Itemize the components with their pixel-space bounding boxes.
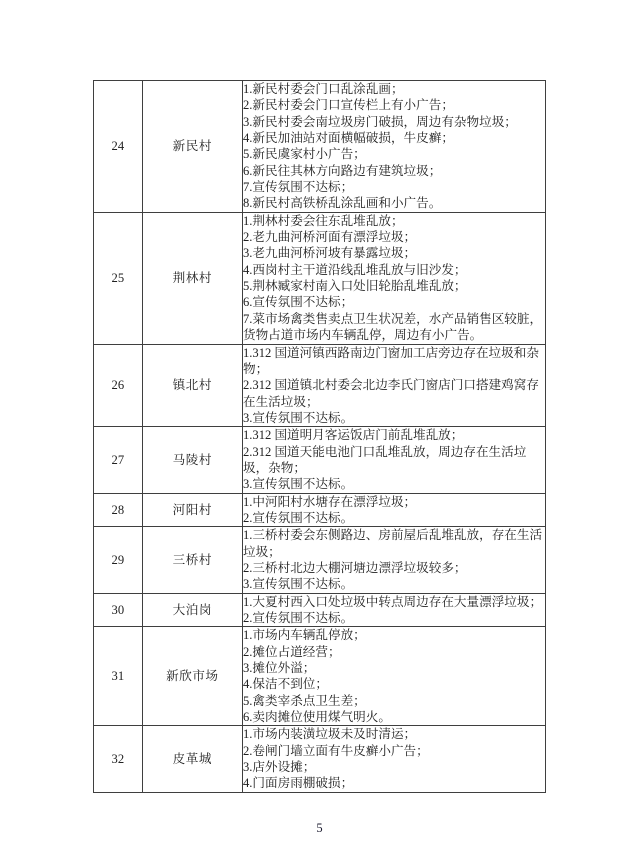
issues-cell: 1.中河阳村水塘存在漂浮垃圾；2.宣传氛围不达标。 [242,493,545,527]
location-name-cell: 大泊岗 [142,593,242,627]
issue-item: 2.三桥村北边大棚河塘边漂浮垃圾较多； [243,560,545,576]
issue-item: 1.大夏村西入口处垃圾中转点周边存在大量漂浮垃圾； [243,594,545,610]
issues-cell: 1.三桥村委会东侧路边、房前屋后乱堆乱放，存在生活垃圾；2.三桥村北边大棚河塘边… [242,527,545,593]
issue-item: 7.宣传氛围不达标； [243,179,545,195]
location-name-cell: 皮革城 [142,726,242,792]
location-name-cell: 三桥村 [142,527,242,593]
table-row: 29三桥村1.三桥村委会东侧路边、房前屋后乱堆乱放，存在生活垃圾；2.三桥村北边… [94,527,546,593]
issue-item: 1.新民村委会门口乱涂乱画； [243,81,545,97]
issue-item: 8.新民村高铁桥乱涂乱画和小广告。 [243,195,545,211]
issue-item: 2.312 国道天能电池门口乱堆乱放，周边存在生活垃圾，杂物； [243,444,545,477]
table-row: 28河阳村1.中河阳村水塘存在漂浮垃圾；2.宣传氛围不达标。 [94,493,546,527]
issue-item: 7.菜市场禽类售卖点卫生状况差，水产品销售区较脏，货物占道市场内车辆乱停，周边有… [243,311,545,344]
issue-item: 6.新民往其林方向路边有建筑垃圾； [243,163,545,179]
issues-cell: 1.市场内车辆乱停放；2.摊位占道经营；3.摊位外溢；4.保洁不到位；5.禽类宰… [242,627,545,726]
row-number-cell: 24 [94,81,143,213]
table-row: 26镇北村1.312 国道河镇西路南边门窗加工店旁边存在垃圾和杂物；2.312 … [94,344,546,427]
row-number-cell: 28 [94,493,143,527]
violation-table-body: 24新民村1.新民村委会门口乱涂乱画；2.新民村委会门口宣传栏上有小广告；3.新… [94,81,546,793]
issue-item: 1.市场内车辆乱停放； [243,627,545,643]
issue-item: 3.宣传氛围不达标。 [243,476,545,492]
issue-item: 2.摊位占道经营； [243,644,545,660]
issue-item: 5.禽类宰杀点卫生差； [243,693,545,709]
issues-cell: 1.312 国道河镇西路南边门窗加工店旁边存在垃圾和杂物；2.312 国道镇北村… [242,344,545,427]
issue-item: 2.312 国道镇北村委会北边李氏门窗店门口搭建鸡窝存在生活垃圾； [243,377,545,410]
issue-item: 2.宣传氛围不达标。 [243,610,545,626]
issue-item: 4.新民加油站对面横幅破损，牛皮癣； [243,130,545,146]
issue-item: 2.卷闸门墙立面有牛皮癣小广告； [243,743,545,759]
issue-item: 3.老九曲河桥河坡有暴露垃圾； [243,245,545,261]
issues-cell: 1.市场内装潢垃圾未及时清运；2.卷闸门墙立面有牛皮癣小广告；3.店外设摊；4.… [242,726,545,792]
violation-table: 24新民村1.新民村委会门口乱涂乱画；2.新民村委会门口宣传栏上有小广告；3.新… [93,80,546,793]
row-number-cell: 31 [94,627,143,726]
document-page: 24新民村1.新民村委会门口乱涂乱画；2.新民村委会门口宣传栏上有小广告；3.新… [0,0,627,867]
location-name-cell: 荆林村 [142,212,242,344]
location-name-cell: 马陵村 [142,427,242,493]
issue-item: 5.新民虞家村小广告； [243,146,545,162]
location-name-cell: 新民村 [142,81,242,213]
table-row: 30大泊岗1.大夏村西入口处垃圾中转点周边存在大量漂浮垃圾；2.宣传氛围不达标。 [94,593,546,627]
page-number: 5 [93,820,546,836]
row-number-cell: 25 [94,212,143,344]
table-row: 24新民村1.新民村委会门口乱涂乱画；2.新民村委会门口宣传栏上有小广告；3.新… [94,81,546,213]
location-name-cell: 河阳村 [142,493,242,527]
location-name-cell: 新欣市场 [142,627,242,726]
issue-item: 1.市场内装潢垃圾未及时清运； [243,726,545,742]
table-row: 32皮革城1.市场内装潢垃圾未及时清运；2.卷闸门墙立面有牛皮癣小广告；3.店外… [94,726,546,792]
issue-item: 2.老九曲河桥河面有漂浮垃圾； [243,229,545,245]
issue-item: 2.宣传氛围不达标。 [243,510,545,526]
issues-cell: 1.312 国道明月客运饭店门前乱堆乱放；2.312 国道天能电池门口乱堆乱放，… [242,427,545,493]
table-row: 25荆林村1.荆林村委会往东乱堆乱放；2.老九曲河桥河面有漂浮垃圾；3.老九曲河… [94,212,546,344]
issue-item: 3.店外设摊； [243,759,545,775]
issue-item: 3.新民村委会南垃圾房门破损，周边有杂物垃圾； [243,114,545,130]
issue-item: 4.门面房雨棚破损； [243,775,545,791]
row-number-cell: 30 [94,593,143,627]
table-row: 31新欣市场1.市场内车辆乱停放；2.摊位占道经营；3.摊位外溢；4.保洁不到位… [94,627,546,726]
issue-item: 4.西岗村主干道沿线乱堆乱放与旧沙发； [243,262,545,278]
location-name-cell: 镇北村 [142,344,242,427]
row-number-cell: 32 [94,726,143,792]
issue-item: 6.卖肉摊位使用煤气明火。 [243,709,545,725]
issue-item: 6.宣传氛围不达标； [243,294,545,310]
issue-item: 1.312 国道河镇西路南边门窗加工店旁边存在垃圾和杂物； [243,345,545,378]
issue-item: 4.保洁不到位； [243,676,545,692]
issues-cell: 1.大夏村西入口处垃圾中转点周边存在大量漂浮垃圾；2.宣传氛围不达标。 [242,593,545,627]
issue-item: 1.三桥村委会东侧路边、房前屋后乱堆乱放，存在生活垃圾； [243,527,545,560]
row-number-cell: 26 [94,344,143,427]
issue-item: 3.摊位外溢； [243,660,545,676]
issue-item: 1.中河阳村水塘存在漂浮垃圾； [243,494,545,510]
issues-cell: 1.荆林村委会往东乱堆乱放；2.老九曲河桥河面有漂浮垃圾；3.老九曲河桥河坡有暴… [242,212,545,344]
issue-item: 2.新民村委会门口宣传栏上有小广告； [243,97,545,113]
table-row: 27马陵村1.312 国道明月客运饭店门前乱堆乱放；2.312 国道天能电池门口… [94,427,546,493]
issue-item: 1.荆林村委会往东乱堆乱放； [243,213,545,229]
issue-item: 3.宣传氛围不达标。 [243,410,545,426]
issue-item: 5.荆林臧家村南入口处旧轮胎乱堆乱放； [243,278,545,294]
issues-cell: 1.新民村委会门口乱涂乱画；2.新民村委会门口宣传栏上有小广告；3.新民村委会南… [242,81,545,213]
issue-item: 3.宣传氛围不达标。 [243,576,545,592]
row-number-cell: 29 [94,527,143,593]
issue-item: 1.312 国道明月客运饭店门前乱堆乱放； [243,427,545,443]
row-number-cell: 27 [94,427,143,493]
